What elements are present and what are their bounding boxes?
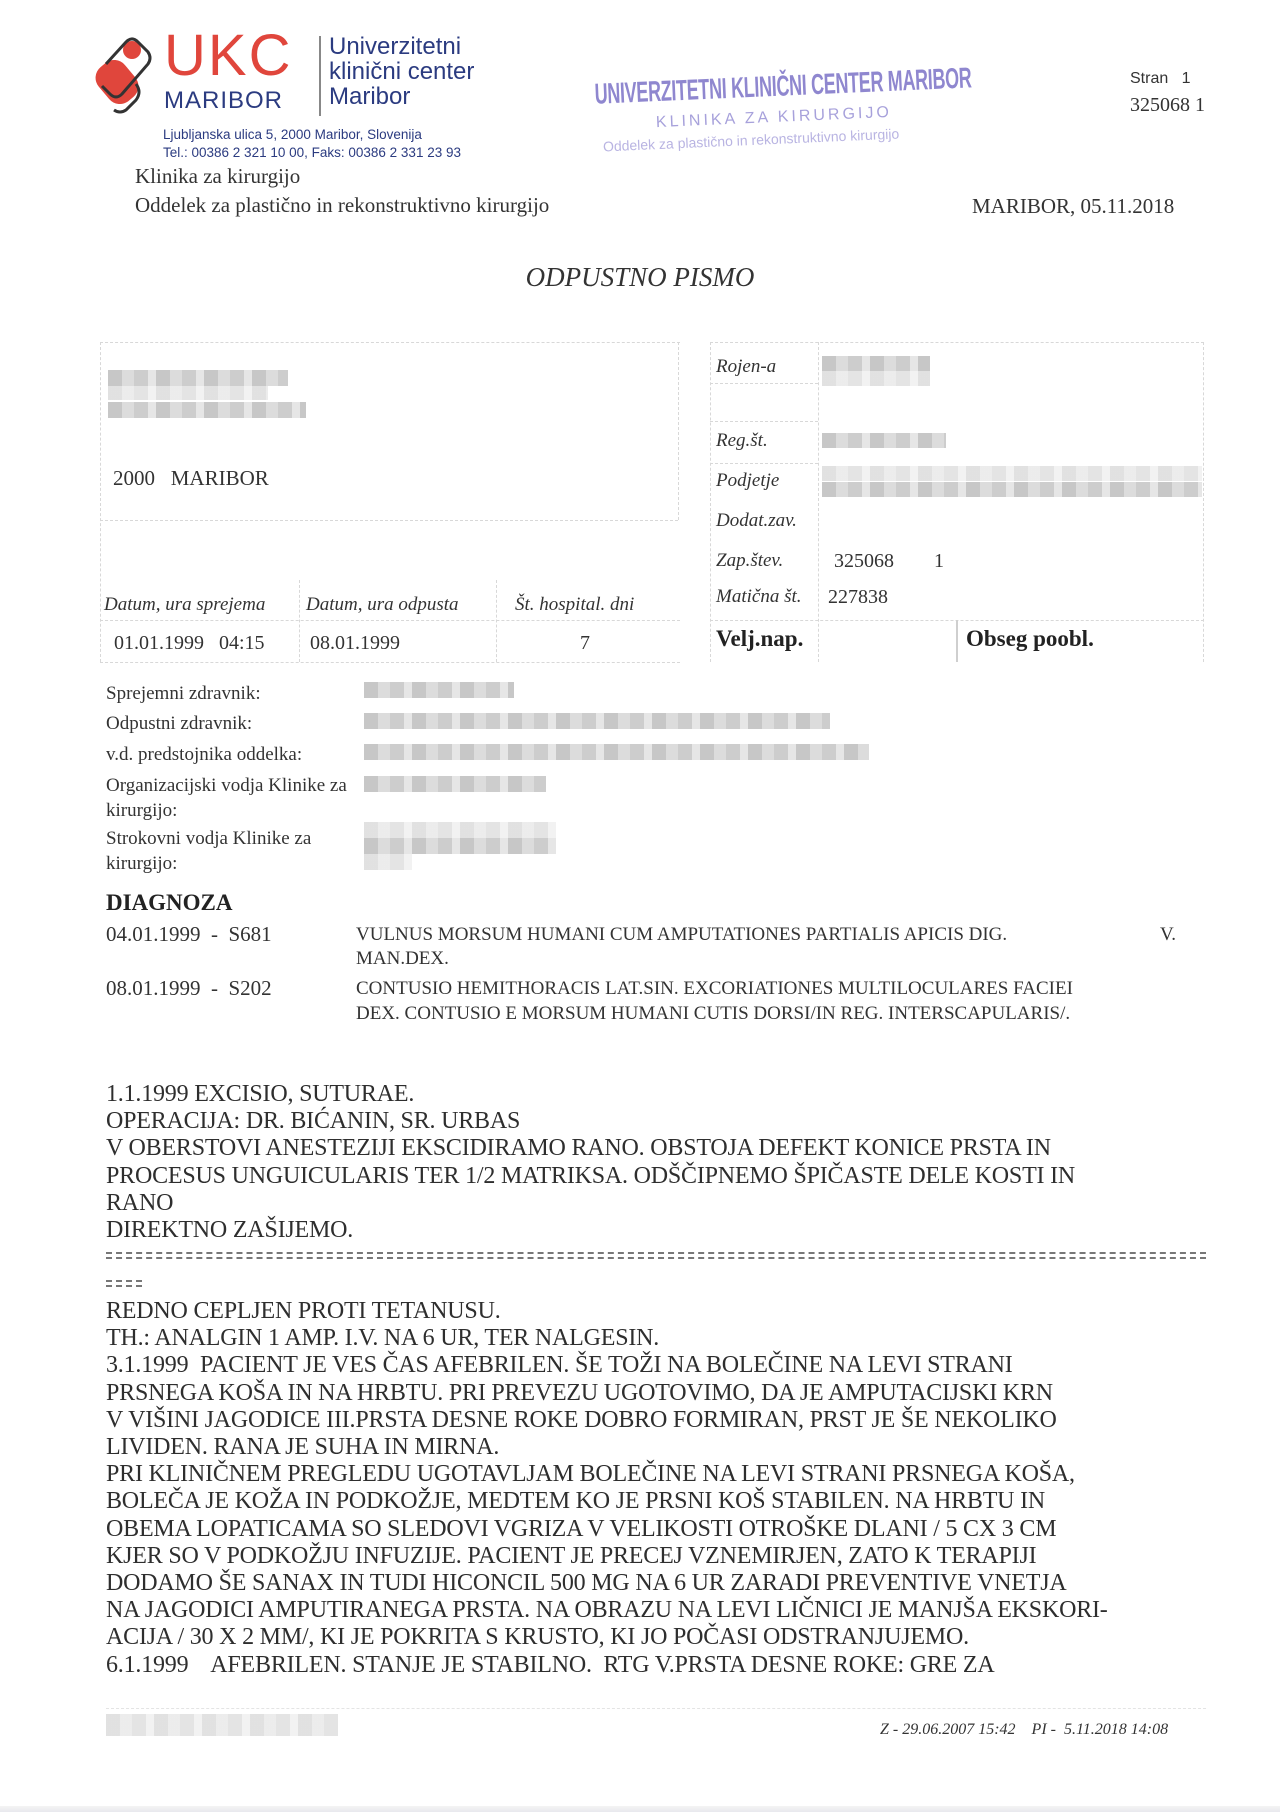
doctor-label-acting-head: v.d. predstojnika oddelka: — [106, 742, 302, 767]
logo-name: Univerzitetni klinični center Maribor — [329, 34, 474, 109]
course-line: ACIJA / 30 X 2 MM/, KI JE POKRITA S KRUS… — [106, 1624, 1226, 1651]
authorization-scope-label: Obseg poobl. — [966, 626, 1094, 652]
logo-name-line2: klinični center — [329, 59, 474, 84]
doctor-label-admitting: Sprejemni zdravnik: — [106, 681, 261, 706]
field-value-born-redacted — [822, 356, 930, 371]
logo-name-line1: Univerzitetni — [329, 34, 474, 59]
surgery-notes: 1.1.1999 EXCISIO, SUTURAE. OPERACIJA: DR… — [106, 1081, 1216, 1244]
document-number: 325068 1 — [1130, 94, 1205, 117]
patient-street-redacted — [108, 402, 306, 418]
logo-brand: UKC — [164, 26, 292, 86]
course-line: TH.: ANALGIN 1 AMP. I.V. NA 6 UR, TER NA… — [106, 1325, 1226, 1352]
discharge-date-header: Datum, ura odpusta — [306, 594, 459, 616]
field-label-extra-insurance: Dodat.zav. — [716, 510, 797, 532]
hospital-contact: Tel.: 00386 2 321 10 00, Faks: 00386 2 3… — [163, 145, 461, 160]
grid-line — [1203, 342, 1204, 662]
grid-line — [678, 342, 679, 520]
page-bottom-edge — [0, 1806, 1280, 1812]
discharge-date-value: 08.01.1999 — [310, 632, 400, 655]
course-line: NA JAGODICI AMPUTIRANEGA PRSTA. NA OBRAZ… — [106, 1597, 1226, 1624]
stamp-line1: UNIVERZITETNI KLINIČNI CENTER MARIBOR — [594, 62, 972, 111]
document-title: ODPUSTNO PISMO — [0, 262, 1280, 293]
grid-line — [710, 421, 818, 422]
diagnosis-1-date-code: 04.01.1999 - S681 — [106, 922, 272, 947]
ukc-logo: UKC MARIBOR Univerzitetni klinični cente… — [92, 32, 532, 122]
logo-divider — [319, 36, 321, 116]
grid-line — [100, 620, 680, 621]
place-date: MARIBOR, 05.11.2018 — [972, 194, 1174, 219]
logo-city: MARIBOR — [164, 87, 283, 115]
footer-timestamps: Z - 29.06.2007 15:42 PI - 5.11.2018 14:0… — [880, 1721, 1168, 1739]
grid-line — [100, 662, 680, 663]
course-line: 3.1.1999 PACIENT JE VES ČAS AFEBRILEN. Š… — [106, 1352, 1226, 1379]
grid-line — [710, 342, 1204, 343]
surgery-line: 1.1.1999 EXCISIO, SUTURAE. — [106, 1081, 1216, 1108]
admission-date-value: 01.01.1999 04:15 — [114, 632, 265, 655]
diagnosis-1-text: VULNUS MORSUM HUMANI CUM AMPUTATIONES PA… — [356, 924, 1007, 946]
doctor-name-prof-head-redacted-3 — [364, 854, 412, 870]
course-line: KJER SO V PODKOŽJU INFUZIJE. PACIENT JE … — [106, 1543, 1226, 1570]
grid-line — [956, 620, 958, 662]
diagnosis-1-text-2: MAN.DEX. — [356, 948, 449, 970]
field-label-born: Rojen-a — [716, 356, 776, 378]
surgery-line: DIREKTNO ZAŠIJEMO. — [106, 1217, 1216, 1244]
doctor-label-prof-head: Strokovni vodja Klinike za kirurgijo: — [106, 826, 356, 876]
course-line: DODAMO ŠE SANAX IN TUDI HICONCIL 500 MG … — [106, 1570, 1226, 1597]
field-label-company: Podjetje — [716, 470, 779, 492]
course-line: V VIŠINI JAGODICE III.PRSTA DESNE ROKE D… — [106, 1407, 1226, 1434]
course-line: LIVIDEN. RANA JE SUHA IN MIRNA. — [106, 1434, 1226, 1461]
logo-name-line3: Maribor — [329, 84, 474, 109]
separator-line — [106, 1252, 1206, 1259]
grid-line — [100, 342, 101, 662]
grid-line — [710, 342, 711, 662]
patient-name-redacted — [108, 370, 288, 386]
doctor-name-admitting-redacted — [364, 682, 514, 698]
grid-line — [100, 520, 678, 521]
course-line: REDNO CEPLJEN PROTI TETANUSU. — [106, 1298, 1226, 1325]
surgery-line: OPERACIJA: DR. BIĆANIN, SR. URBAS — [106, 1108, 1216, 1135]
clinic-name: Klinika za kirurgijo — [135, 164, 300, 189]
field-value-born-redacted-2 — [822, 371, 930, 386]
course-line: OBEMA LOPATICAMA SO SLEDOVI VGRIZA V VEL… — [106, 1516, 1226, 1543]
hospital-address: Ljubljanska ulica 5, 2000 Maribor, Slove… — [163, 127, 422, 142]
grid-line — [299, 580, 300, 662]
page-indicator: Stran 1 — [1130, 70, 1191, 88]
surgery-line: V OBERSTOVI ANESTEZIJI EKSCIDIRAMO RANO.… — [106, 1135, 1216, 1162]
diagnosis-2-text: CONTUSIO HEMITHORACIS LAT.SIN. EXCORIATI… — [356, 978, 1073, 1000]
footer-redacted — [106, 1714, 338, 1736]
diagnosis-heading: DIAGNOZA — [106, 890, 233, 916]
field-label-reg: Reg.št. — [716, 430, 768, 452]
doctor-label-discharging: Odpustni zdravnik: — [106, 711, 252, 736]
course-line: PRI KLINIČNEM PREGLEDU UGOTAVLJAM BOLEČI… — [106, 1461, 1226, 1488]
hospital-days-value: 7 — [580, 632, 590, 655]
doctor-label-org-head: Organizacijski vodja Klinike za kirurgij… — [106, 773, 366, 823]
surgery-line: RANO — [106, 1190, 1216, 1217]
doctor-name-prof-head-redacted — [364, 822, 556, 838]
diagnosis-1-text-tail: V. — [1160, 924, 1176, 946]
field-value-sequence: 325068 1 — [834, 550, 944, 573]
field-value-company-redacted — [822, 466, 1202, 481]
diagnosis-2-text-2: DEX. CONTUSIO E MORSUM HUMANI CUTIS DORS… — [356, 1003, 1070, 1025]
page-number: 1 — [1182, 70, 1191, 87]
diagnosis-2-date-code: 08.01.1999 - S202 — [106, 976, 272, 1001]
admission-date-header: Datum, ura sprejema — [104, 594, 265, 616]
department-name: Oddelek za plastično in rekonstruktivno … — [135, 193, 549, 218]
hospital-stamp: UNIVERZITETNI KLINIČNI CENTER MARIBOR KL… — [594, 61, 998, 178]
course-line: PRSNEGA KOŠA IN NA HRBTU. PRI PREVEZU UG… — [106, 1380, 1226, 1407]
separator-tail — [106, 1280, 142, 1287]
patient-city: 2000 MARIBOR — [113, 466, 269, 491]
course-line: 6.1.1999 AFEBRILEN. STANJE JE STABILNO. … — [106, 1652, 1226, 1679]
field-value-reg-redacted — [822, 433, 946, 448]
stamp-line3: Oddelek za plastično in rekonstruktivno … — [603, 126, 900, 155]
doctor-name-acting-head-redacted — [364, 744, 869, 760]
hospital-days-header: Št. hospital. dni — [515, 594, 634, 616]
grid-line — [710, 463, 818, 464]
grid-line — [818, 342, 819, 662]
field-value-registry: 227838 — [828, 586, 888, 609]
doctor-name-org-head-redacted — [364, 776, 546, 792]
footer-line — [106, 1708, 1206, 1709]
page-label: Stran — [1130, 70, 1168, 87]
grid-line — [710, 383, 818, 384]
doctor-name-discharging-redacted — [364, 713, 830, 729]
grid-line — [100, 342, 680, 343]
validity-label: Velj.nap. — [716, 626, 803, 652]
surgery-line: PROCESUS UNGUICULARIS TER 1/2 MATRIKSA. … — [106, 1163, 1216, 1190]
ukc-logo-icon — [92, 34, 154, 114]
course-line: BOLEČA JE KOŽA IN PODKOŽJE, MEDTEM KO JE… — [106, 1488, 1226, 1515]
field-value-company-redacted-2 — [822, 482, 1202, 497]
grid-line — [496, 580, 497, 662]
field-label-registry: Matična št. — [716, 586, 802, 608]
patient-name-redacted-2 — [108, 386, 268, 400]
course-notes: REDNO CEPLJEN PROTI TETANUSU. TH.: ANALG… — [106, 1298, 1226, 1679]
doctor-name-prof-head-redacted-2 — [364, 838, 556, 854]
field-label-sequence: Zap.štev. — [716, 550, 783, 572]
